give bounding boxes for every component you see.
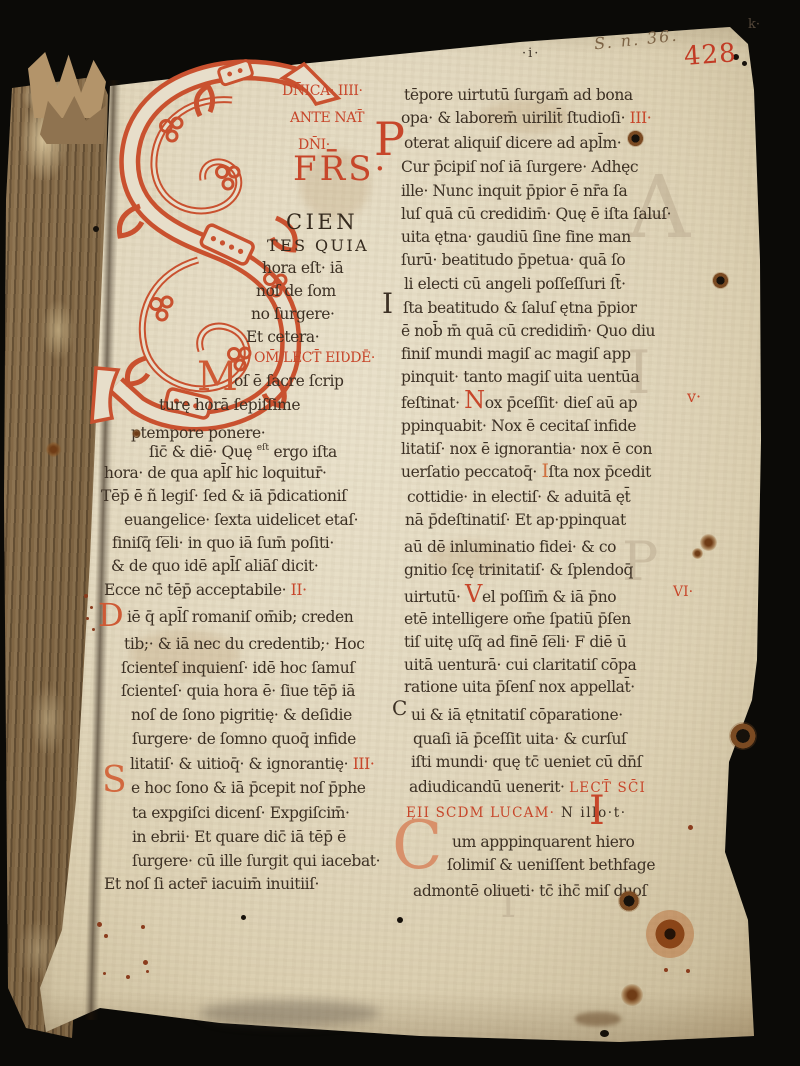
corner-mark: k·: [748, 17, 760, 32]
folio-number: 428: [683, 38, 738, 72]
shelfmark: S. n. 36.: [593, 26, 679, 54]
manuscript-photo: AIPT: [0, 0, 800, 1066]
header-annotations: ·i· S. n. 36. 428 k·: [0, 0, 800, 1066]
quire-mark: ·i·: [522, 46, 540, 61]
